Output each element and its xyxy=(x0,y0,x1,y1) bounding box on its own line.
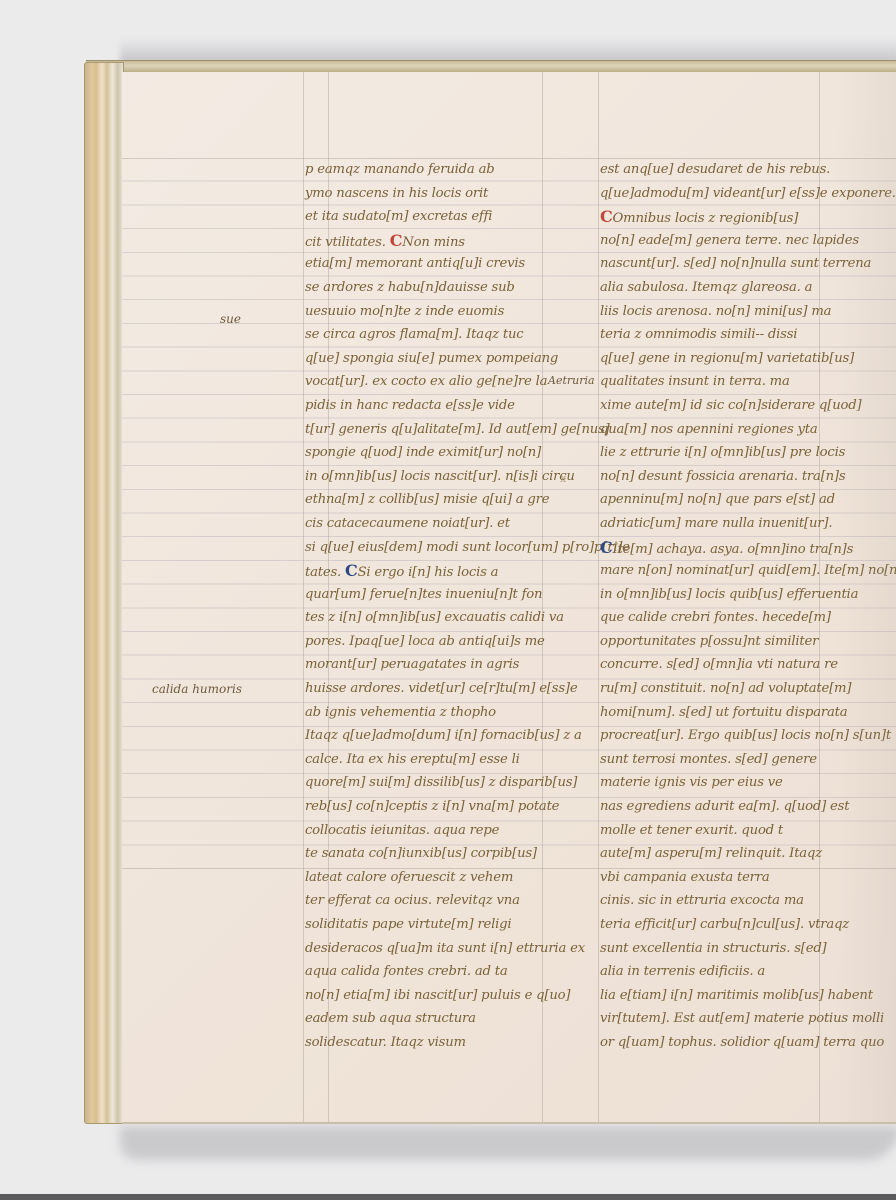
text-line: no[n] etia[m] ibi nascit[ur] puluis e q[… xyxy=(305,984,630,1008)
page-shadow-bottom xyxy=(120,1126,896,1160)
text-line: no[n] eade[m] genera terre. nec lapides xyxy=(600,229,896,253)
text-line: collocatis ieiunitas. aqua repe xyxy=(305,819,630,843)
line-text: calce. Ita ex his ereptu[m] esse li xyxy=(305,752,520,767)
line-text: or q[uam] tophus. solidior q[uam] terra … xyxy=(600,1035,884,1050)
line-text: alia in terrenis edificiis. a xyxy=(600,964,765,979)
text-line: reb[us] co[n]ceptis z i[n] vna[m] potate xyxy=(305,795,630,819)
line-text: opportunitates p[ossu]nt similiter xyxy=(600,634,818,649)
line-text: ymo nascens in his locis orit xyxy=(305,186,488,201)
line-text: t[ur] generis q[u]alitate[m]. Id aut[em]… xyxy=(305,422,610,437)
line-text: q[ue] spongia siu[e] pumex pompeiang xyxy=(305,351,558,366)
line-text: cis catacecaumene noiat[ur]. et xyxy=(305,516,510,531)
line-text: ter efferat ca ocius. relevitqz vna xyxy=(305,893,520,908)
text-line: morant[ur] peruagatates in agris xyxy=(305,653,630,677)
text-line: concurre. s[ed] o[mn]ia vti natura re xyxy=(600,653,896,677)
line-text: Omnibus locis z regionib[us] xyxy=(613,211,799,226)
line-text: lia e[tiam] i[n] maritimis molib[us] hab… xyxy=(600,988,873,1003)
text-line: calce. Ita ex his ereptu[m] esse li xyxy=(305,748,630,772)
marginal-note: calida humoris xyxy=(152,682,242,696)
line-text: nas egrediens adurit ea[m]. q[uod] est xyxy=(600,799,849,814)
line-text: et ita sudato[m] excretas effi xyxy=(305,209,492,224)
line-text: tates. xyxy=(305,565,345,580)
text-line: q[ue] spongia siu[e] pumex pompeiang xyxy=(305,347,630,371)
line-text: se ardores z habu[n]dauisse sub xyxy=(305,280,515,295)
text-line: t[ur] generis q[u]alitate[m]. Id aut[em]… xyxy=(305,418,630,442)
text-line: quar[um] ferue[n]tes inueniu[n]t fon xyxy=(305,583,630,607)
text-line: opportunitates p[ossu]nt similiter xyxy=(600,630,896,654)
decorated-initial: C xyxy=(390,231,403,250)
text-line: tates. CSi ergo i[n] his locis a xyxy=(305,559,630,583)
line-text: ab ignis vehementia z thopho xyxy=(305,705,496,720)
line-text: homi[num]. s[ed] ut fortuitu disparata xyxy=(600,705,847,720)
line-text: in o[mn]ib[us] locis quib[us] efferuenti… xyxy=(600,587,858,602)
text-line: nas egrediens adurit ea[m]. q[uod] est xyxy=(600,795,896,819)
text-line: pidis in hanc redacta e[ss]e vide xyxy=(305,394,630,418)
text-line: solidescatur. Itaqz visum xyxy=(305,1031,630,1055)
line-text: mare n[on] nominat[ur] quid[em]. Ite[m] … xyxy=(600,563,896,578)
text-line: cis catacecaumene noiat[ur]. et xyxy=(305,512,630,536)
text-line: aute[m] asperu[m] relinquit. Itaqz xyxy=(600,842,896,866)
text-line: alia sabulosa. Itemqz glareosa. a xyxy=(600,276,896,300)
text-line: uesuuio mo[n]te z inde euomis xyxy=(305,300,630,324)
text-line: qua[m] nos apennini regiones yta xyxy=(600,418,896,442)
text-line: q[ue] gene in regionu[m] varietatib[us] xyxy=(600,347,896,371)
text-line: lateat calore oferuescit z vehem xyxy=(305,866,630,890)
line-text: cinis. sic in ettruria excocta ma xyxy=(600,893,804,908)
text-line: homi[num]. s[ed] ut fortuitu disparata xyxy=(600,701,896,725)
bottom-border xyxy=(0,1194,896,1200)
line-text: desideracos q[ua]m ita sunt i[n] ettruri… xyxy=(305,941,585,956)
line-text: qualitates insunt in terra. ma xyxy=(600,374,790,389)
line-text: ethna[m] z collib[us] misie q[ui] a gre xyxy=(305,492,549,507)
text-line: teria efficit[ur] carbu[n]cul[us]. vtraq… xyxy=(600,913,896,937)
line-text: quar[um] ferue[n]tes inueniu[n]t fon xyxy=(305,587,542,602)
text-line: ter efferat ca ocius. relevitqz vna xyxy=(305,889,630,913)
line-text: cit vtilitates. xyxy=(305,235,390,250)
line-text: pores. Ipaq[ue] loca ab antiq[ui]s me xyxy=(305,634,545,649)
line-text: eadem sub aqua structura xyxy=(305,1011,476,1026)
line-text: no[n] eade[m] genera terre. nec lapides xyxy=(600,233,859,248)
line-text: alia sabulosa. Itemqz glareosa. a xyxy=(600,280,812,295)
line-text: procreat[ur]. Ergo quib[us] locis no[n] … xyxy=(600,728,891,743)
line-text: Ite[m] achaya. asya. o[mn]ino tra[n]s xyxy=(613,542,854,557)
line-text: spongie q[uod] inde eximit[ur] no[n] xyxy=(305,445,541,460)
manuscript-page: ѕue calida humoris Aetruria x p eamqz ma… xyxy=(122,72,896,1124)
line-text: nascunt[ur]. s[ed] no[n]nulla sunt terre… xyxy=(600,256,871,271)
text-line: adriatic[um] mare nulla inuenit[ur]. xyxy=(600,512,896,536)
text-line: desideracos q[ua]m ita sunt i[n] ettruri… xyxy=(305,937,630,961)
line-text: no[n] desunt fossicia arenaria. tra[n]s xyxy=(600,469,845,484)
text-line: nascunt[ur]. s[ed] no[n]nulla sunt terre… xyxy=(600,252,896,276)
line-text: te sanata co[n]iunxib[us] corpib[us] xyxy=(305,846,537,861)
text-line: no[n] desunt fossicia arenaria. tra[n]s xyxy=(600,465,896,489)
text-line: CIte[m] achaya. asya. o[mn]ino tra[n]s xyxy=(600,536,896,560)
text-column-left: p eamqz manando feruida abymo nascens in… xyxy=(305,158,630,1055)
text-line: apenninu[m] no[n] que pars e[st] ad xyxy=(600,488,896,512)
text-line: liis locis arenosa. no[n] mini[us] ma xyxy=(600,300,896,324)
text-line: materie ignis vis per eius ve xyxy=(600,771,896,795)
line-text: vir[tutem]. Est aut[em] materie potius m… xyxy=(600,1011,884,1026)
text-line: ru[m] constituit. no[n] ad voluptate[m] xyxy=(600,677,896,701)
line-text: collocatis ieiunitas. aqua repe xyxy=(305,823,499,838)
line-text: molle et tener exurit. quod t xyxy=(600,823,783,838)
text-line: sunt excellentia in structuris. s[ed] xyxy=(600,937,896,961)
text-line: sunt terrosi montes. s[ed] genere xyxy=(600,748,896,772)
text-line: eadem sub aqua structura xyxy=(305,1007,630,1031)
line-text: q[ue] gene in regionu[m] varietatib[us] xyxy=(600,351,854,366)
text-line: vir[tutem]. Est aut[em] materie potius m… xyxy=(600,1007,896,1031)
text-line: molle et tener exurit. quod t xyxy=(600,819,896,843)
line-text: reb[us] co[n]ceptis z i[n] vna[m] potate xyxy=(305,799,559,814)
text-line: p eamqz manando feruida ab xyxy=(305,158,630,182)
text-line: ethna[m] z collib[us] misie q[ui] a gre xyxy=(305,488,630,512)
line-text: teria z omnimodis simili-- dissi xyxy=(600,327,797,342)
text-line: te sanata co[n]iunxib[us] corpib[us] xyxy=(305,842,630,866)
text-line: et ita sudato[m] excretas effi xyxy=(305,205,630,229)
line-text: sunt terrosi montes. s[ed] genere xyxy=(600,752,817,767)
marginal-note: ѕue xyxy=(220,312,241,326)
text-line: cinis. sic in ettruria excocta ma xyxy=(600,889,896,913)
text-line: ymo nascens in his locis orit xyxy=(305,182,630,206)
decorated-initial: C xyxy=(345,561,358,580)
text-line: se ardores z habu[n]dauisse sub xyxy=(305,276,630,300)
line-text: materie ignis vis per eius ve xyxy=(600,775,783,790)
line-text: apenninu[m] no[n] que pars e[st] ad xyxy=(600,492,835,507)
line-text: etia[m] memorant antiq[u]i crevis xyxy=(305,256,525,271)
text-line: soliditatis pape virtute[m] religi xyxy=(305,913,630,937)
text-line: pores. Ipaq[ue] loca ab antiq[ui]s me xyxy=(305,630,630,654)
line-text: morant[ur] peruagatates in agris xyxy=(305,657,519,672)
text-line: vocat[ur]. ex cocto ex alio ge[ne]re la xyxy=(305,370,630,394)
line-text: soliditatis pape virtute[m] religi xyxy=(305,917,511,932)
line-text: uesuuio mo[n]te z inde euomis xyxy=(305,304,504,319)
text-line: si q[ue] eius[dem] modi sunt locor[um] p… xyxy=(305,536,630,560)
text-line: qualitates insunt in terra. ma xyxy=(600,370,896,394)
text-line: etia[m] memorant antiq[u]i crevis xyxy=(305,252,630,276)
text-line: COmnibus locis z regionib[us] xyxy=(600,205,896,229)
line-text: lateat calore oferuescit z vehem xyxy=(305,870,513,885)
text-line: q[ue]admodu[m] videant[ur] e[ss]e expone… xyxy=(600,182,896,206)
text-line: vbi campania exusta terra xyxy=(600,866,896,890)
line-text: adriatic[um] mare nulla inuenit[ur]. xyxy=(600,516,832,531)
line-text: huisse ardores. videt[ur] ce[r]tu[m] e[s… xyxy=(305,681,577,696)
text-line: lia e[tiam] i[n] maritimis molib[us] hab… xyxy=(600,984,896,1008)
line-text: no[n] etia[m] ibi nascit[ur] puluis e q[… xyxy=(305,988,570,1003)
text-line: cit vtilitates. CNon mins xyxy=(305,229,630,253)
line-text: pidis in hanc redacta e[ss]e vide xyxy=(305,398,515,413)
text-line: Itaqz q[ue]admo[dum] i[n] fornacib[us] z… xyxy=(305,724,630,748)
text-line: alia in terrenis edificiis. a xyxy=(600,960,896,984)
text-line: teria z omnimodis simili-- dissi xyxy=(600,323,896,347)
line-text: Si ergo i[n] his locis a xyxy=(358,565,499,580)
line-text: ru[m] constituit. no[n] ad voluptate[m] xyxy=(600,681,851,696)
text-line: huisse ardores. videt[ur] ce[r]tu[m] e[s… xyxy=(305,677,630,701)
line-text: lie z ettrurie i[n] o[mn]ib[us] pre loci… xyxy=(600,445,845,460)
line-text: liis locis arenosa. no[n] mini[us] ma xyxy=(600,304,831,319)
text-line: aqua calida fontes crebri. ad ta xyxy=(305,960,630,984)
line-text: Non mins xyxy=(402,235,465,250)
text-line: que calide crebri fontes. hecede[m] xyxy=(600,606,896,630)
text-line: procreat[ur]. Ergo quib[us] locis no[n] … xyxy=(600,724,896,748)
line-text: vocat[ur]. ex cocto ex alio ge[ne]re la xyxy=(305,374,547,389)
line-text: qua[m] nos apennini regiones yta xyxy=(600,422,818,437)
text-line: in o[mn]ib[us] locis quib[us] efferuenti… xyxy=(600,583,896,607)
gilded-fore-edge xyxy=(84,62,124,1124)
text-line: tes z i[n] o[mn]ib[us] excauatis calidi … xyxy=(305,606,630,630)
line-text: teria efficit[ur] carbu[n]cul[us]. vtraq… xyxy=(600,917,849,932)
text-line: est anq[ue] desudaret de his rebus. xyxy=(600,158,896,182)
line-text: sunt excellentia in structuris. s[ed] xyxy=(600,941,827,956)
text-line: or q[uam] tophus. solidior q[uam] terra … xyxy=(600,1031,896,1055)
line-text: tes z i[n] o[mn]ib[us] excauatis calidi … xyxy=(305,610,564,625)
text-line: spongie q[uod] inde eximit[ur] no[n] xyxy=(305,441,630,465)
line-text: vbi campania exusta terra xyxy=(600,870,770,885)
text-line: quore[m] sui[m] dissilib[us] z disparib[… xyxy=(305,771,630,795)
line-text: quore[m] sui[m] dissilib[us] z disparib[… xyxy=(305,775,577,790)
line-text: si q[ue] eius[dem] modi sunt locor[um] p… xyxy=(305,540,630,555)
decorated-initial: C xyxy=(600,207,613,226)
text-line: in o[mn]ib[us] locis nascit[ur]. n[is]i … xyxy=(305,465,630,489)
text-column-right: est anq[ue] desudaret de his rebus.q[ue]… xyxy=(600,158,896,1055)
line-text: q[ue]admodu[m] videant[ur] e[ss]e expone… xyxy=(600,186,896,201)
line-text: solidescatur. Itaqz visum xyxy=(305,1035,466,1050)
line-text: Itaqz q[ue]admo[dum] i[n] fornacib[us] z… xyxy=(305,728,582,743)
line-text: xime aute[m] id sic co[n]siderare q[uod] xyxy=(600,398,861,413)
text-line: xime aute[m] id sic co[n]siderare q[uod] xyxy=(600,394,896,418)
line-text: p eamqz manando feruida ab xyxy=(305,162,494,177)
line-text: concurre. s[ed] o[mn]ia vti natura re xyxy=(600,657,838,672)
line-text: que calide crebri fontes. hecede[m] xyxy=(600,610,831,625)
line-text: aqua calida fontes crebri. ad ta xyxy=(305,964,508,979)
line-text: in o[mn]ib[us] locis nascit[ur]. n[is]i … xyxy=(305,469,575,484)
text-line: se circa agros flama[m]. Itaqz tuc xyxy=(305,323,630,347)
text-line: mare n[on] nominat[ur] quid[em]. Ite[m] … xyxy=(600,559,896,583)
text-line: lie z ettrurie i[n] o[mn]ib[us] pre loci… xyxy=(600,441,896,465)
text-line: ab ignis vehementia z thopho xyxy=(305,701,630,725)
line-text: est anq[ue] desudaret de his rebus. xyxy=(600,162,830,177)
line-text: aute[m] asperu[m] relinquit. Itaqz xyxy=(600,846,822,861)
decorated-initial: C xyxy=(600,538,613,557)
line-text: se circa agros flama[m]. Itaqz tuc xyxy=(305,327,523,342)
